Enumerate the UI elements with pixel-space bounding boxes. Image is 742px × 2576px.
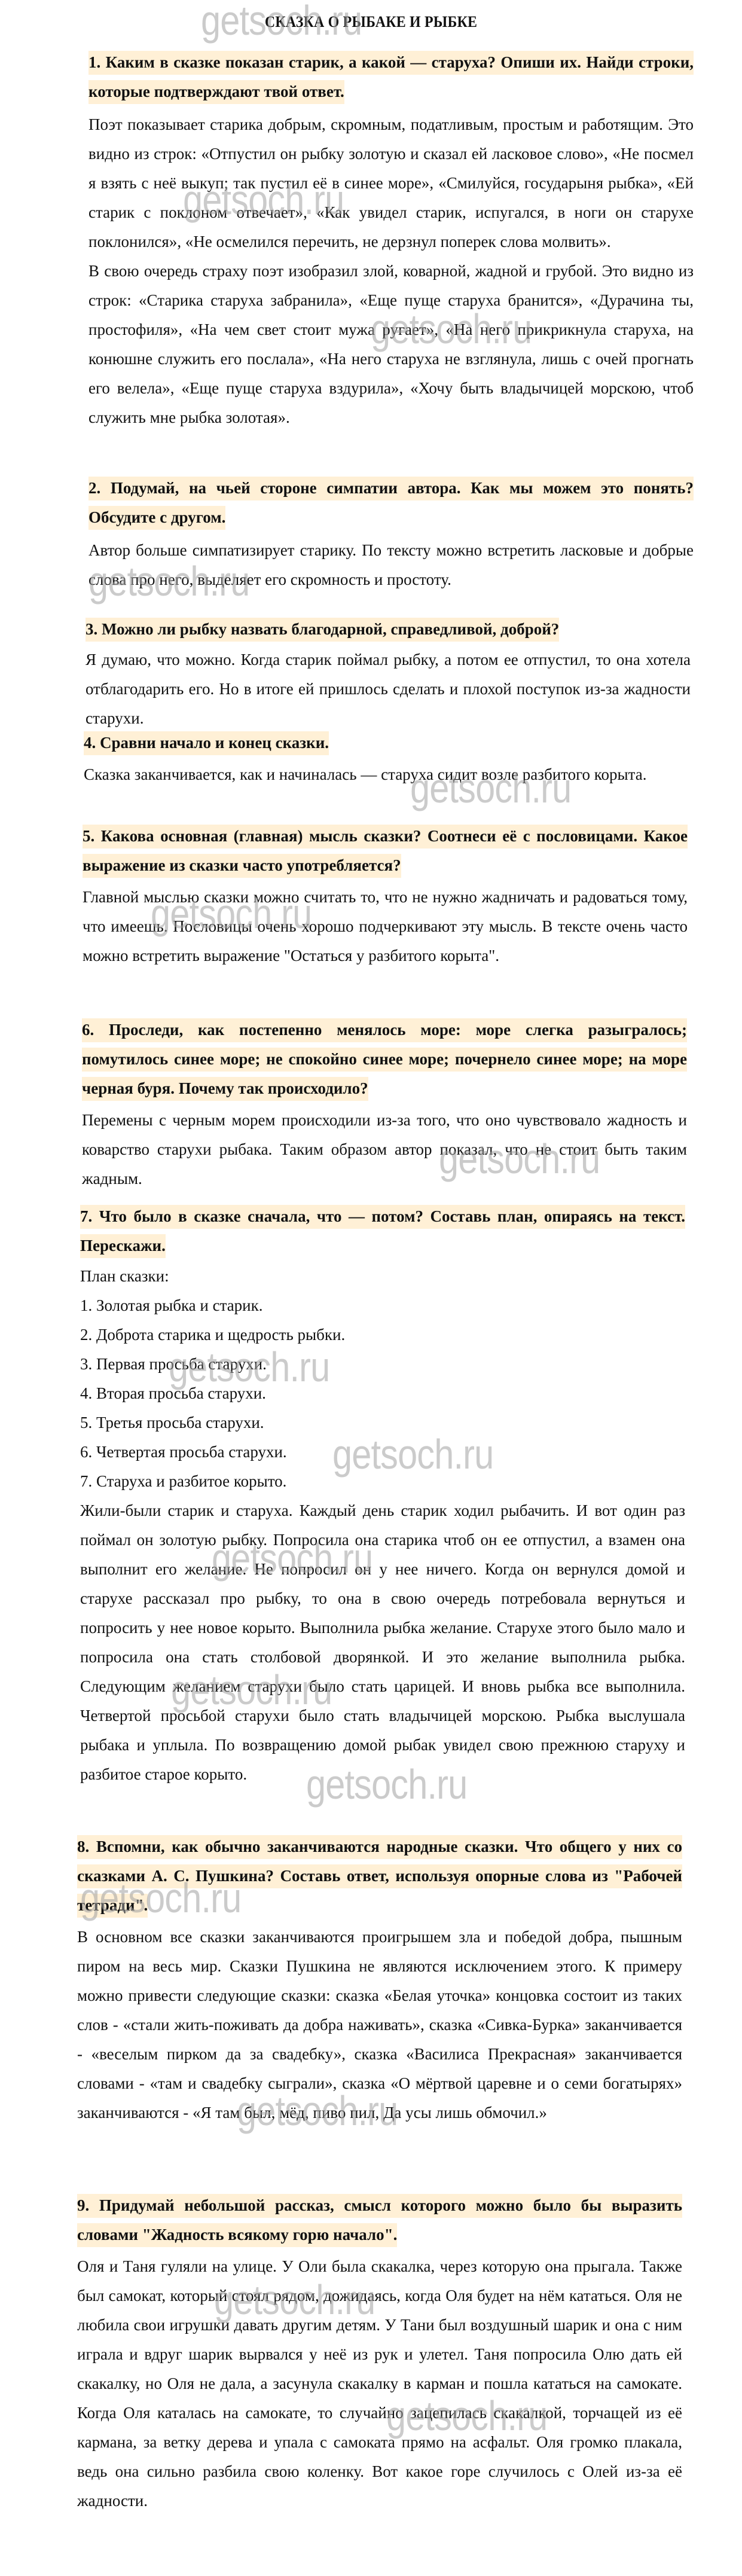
section-2: 2. Подумай, на чьей стороне симпатии авт… [88, 474, 694, 594]
plan-item: 1. Золотая рыбка и старик. [80, 1291, 685, 1320]
section-1: 1. Каким в сказке показан старик, а како… [88, 48, 694, 432]
section-3: 3. Можно ли рыбку назвать благодарной, с… [86, 615, 691, 733]
answer-5: Главной мыслью сказки можно считать то, … [83, 883, 688, 970]
question-9: 9. Придумай небольшой рассказ, смысл кот… [77, 2191, 682, 2250]
answer-4: Сказка заканчивается, как и начиналась —… [84, 760, 689, 789]
document-page: СКАЗКА О РЫБАКЕ И РЫБКЕ 1. Каким в сказк… [0, 0, 742, 2576]
section-9: 9. Придумай небольшой рассказ, смысл кот… [77, 2191, 682, 2516]
plan-title: План сказки: [80, 1262, 685, 1291]
section-7: 7. Что было в сказке сначала, что — пото… [80, 1202, 685, 1789]
question-2: 2. Подумай, на чьей стороне симпатии авт… [88, 474, 694, 532]
answer-1-paragraph-2: В свою очередь страху поэт изобразил зло… [88, 257, 694, 432]
answer-2: Автор больше симпатизирует старику. По т… [88, 536, 694, 594]
section-4: 4. Сравни начало и конец сказки. Сказка … [84, 728, 689, 789]
plan-item: 7. Старуха и разбитое корыто. [80, 1467, 685, 1496]
section-5: 5. Какова основная (главная) мысль сказк… [83, 822, 688, 970]
answer-7-retelling: Жили-были старик и старуха. Каждый день … [80, 1496, 685, 1789]
answer-9: Оля и Таня гуляли на улице. У Оли была с… [77, 2252, 682, 2516]
question-7: 7. Что было в сказке сначала, что — пото… [80, 1202, 685, 1260]
section-6: 6. Проследи, как постепенно менялось мор… [82, 1015, 687, 1194]
answer-3: Я думаю, что можно. Когда старик поймал … [86, 645, 691, 733]
answer-6: Перемены с черным морем происходили из-з… [82, 1106, 687, 1194]
section-8: 8. Вспомни, как обычно заканчиваются нар… [77, 1832, 682, 2128]
question-1: 1. Каким в сказке показан старик, а како… [88, 48, 694, 106]
plan-item: 3. Первая просьба старухи. [80, 1350, 685, 1379]
plan-item: 6. Четвертая просьба старухи. [80, 1437, 685, 1467]
question-6: 6. Проследи, как постепенно менялось мор… [82, 1015, 687, 1103]
question-3: 3. Можно ли рыбку назвать благодарной, с… [86, 615, 691, 644]
plan-item: 4. Вторая просьба старухи. [80, 1379, 685, 1408]
question-8: 8. Вспомни, как обычно заканчиваются нар… [77, 1832, 682, 1920]
plan-item: 5. Третья просьба старухи. [80, 1408, 685, 1437]
answer-8: В основном все сказки заканчиваются прои… [77, 1922, 682, 2128]
question-5: 5. Какова основная (главная) мысль сказк… [83, 822, 688, 880]
question-4: 4. Сравни начало и конец сказки. [84, 728, 689, 758]
plan-item: 2. Доброта старика и щедрость рыбки. [80, 1320, 685, 1350]
page-title: СКАЗКА О РЫБАКЕ И РЫБКЕ [30, 13, 713, 31]
answer-1-paragraph-1: Поэт показывает старика добрым, скромным… [88, 110, 694, 257]
